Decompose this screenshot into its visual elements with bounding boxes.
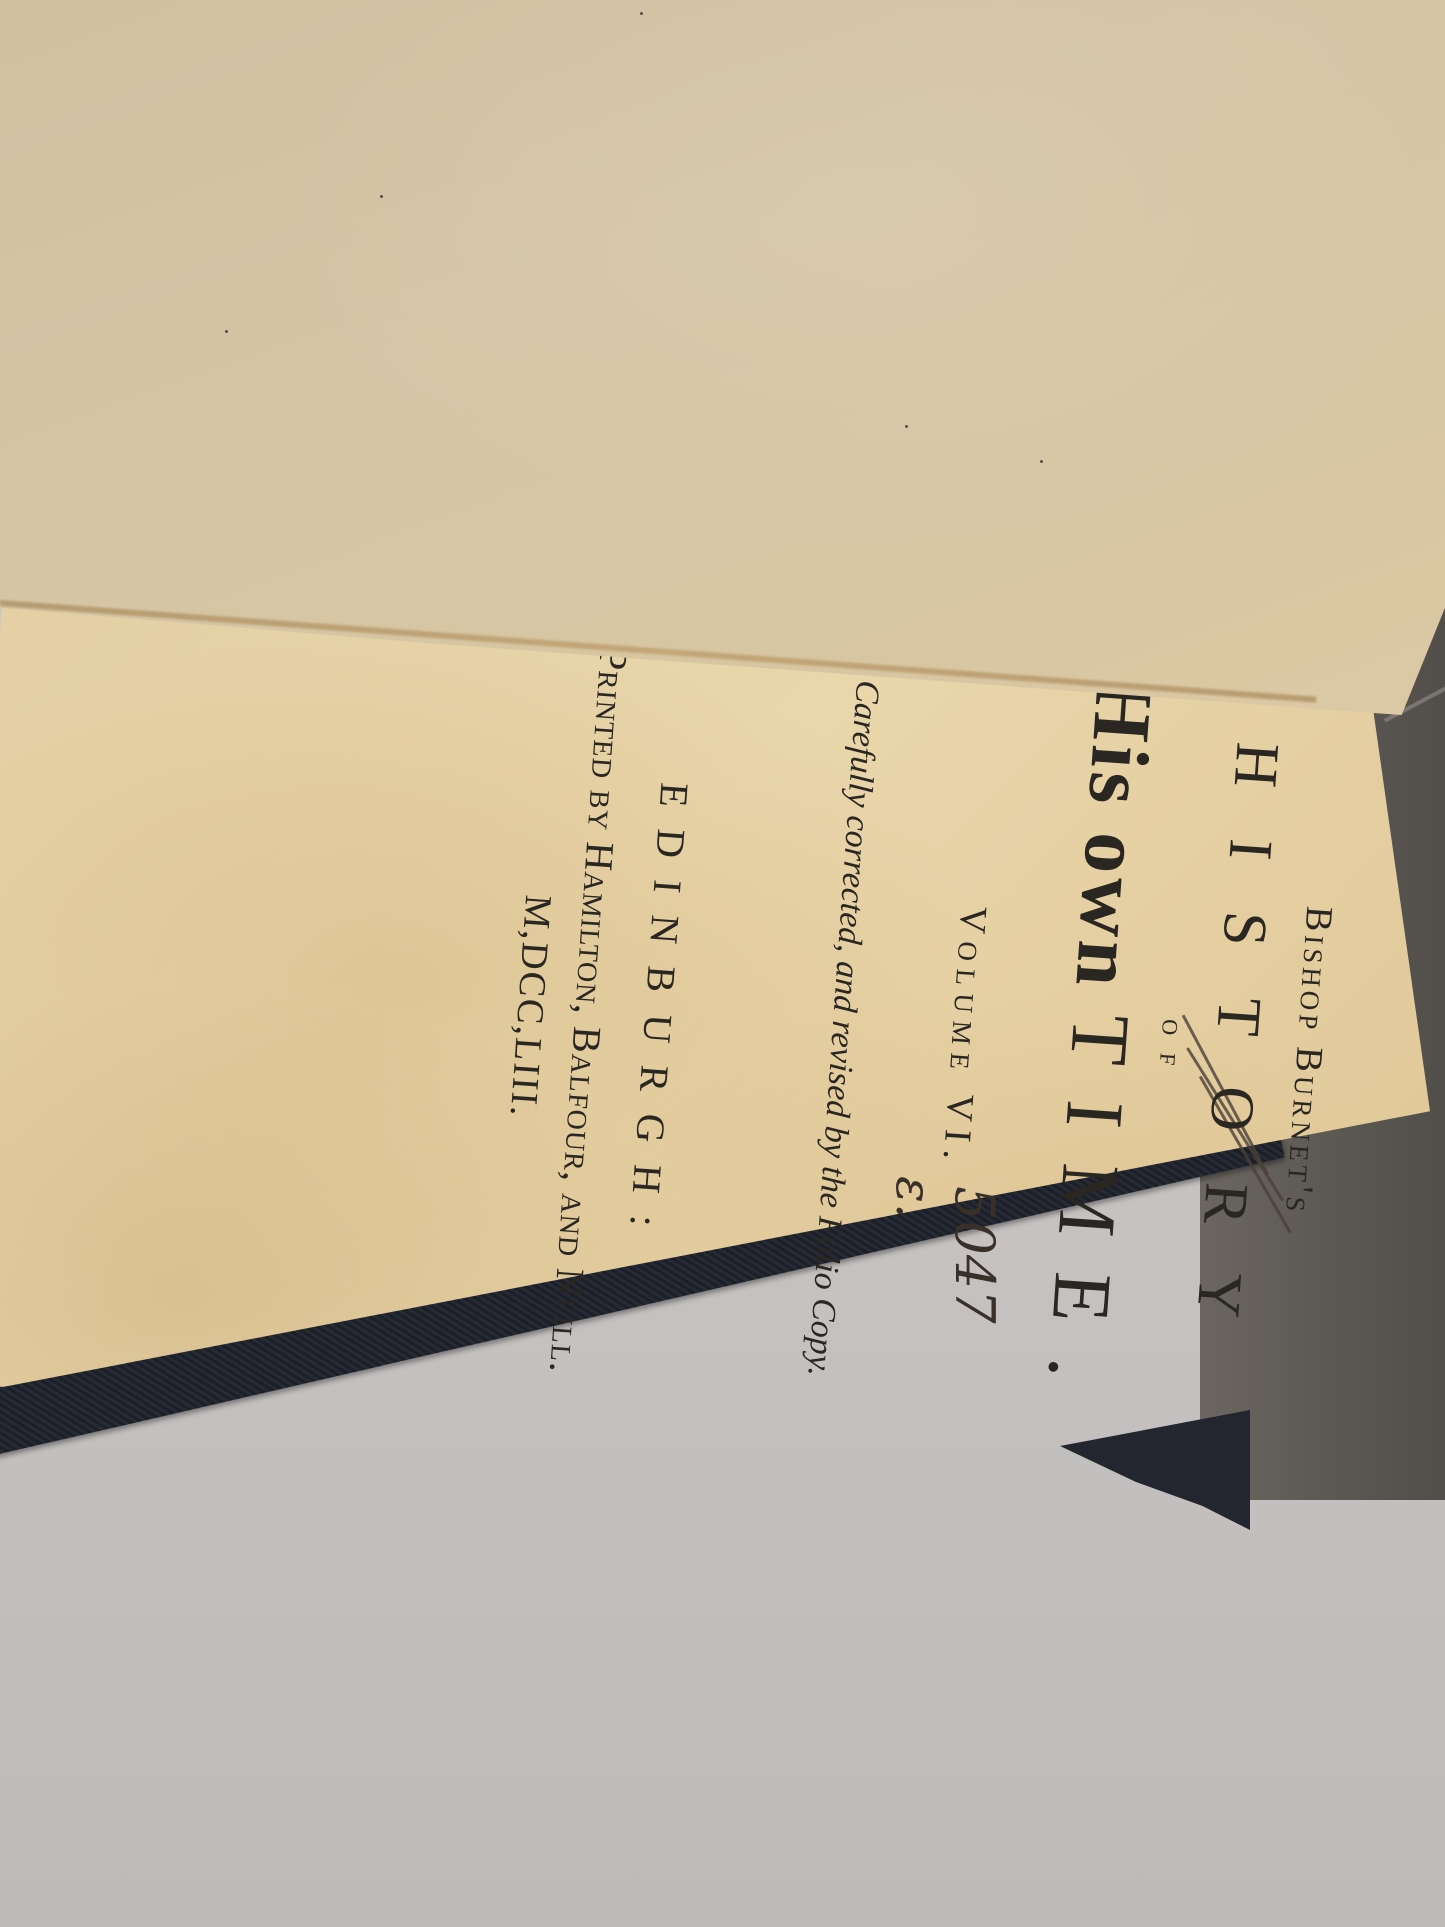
paper-speck: [640, 12, 643, 15]
title-time: TIME.: [1028, 1012, 1147, 1418]
flyleaf-page: [0, 0, 1445, 715]
paper-speck: [905, 425, 908, 428]
paper-speck: [225, 330, 228, 333]
title-his-own: His own: [1058, 675, 1171, 993]
paper-speck: [1040, 460, 1043, 463]
paper-speck: [380, 195, 383, 198]
